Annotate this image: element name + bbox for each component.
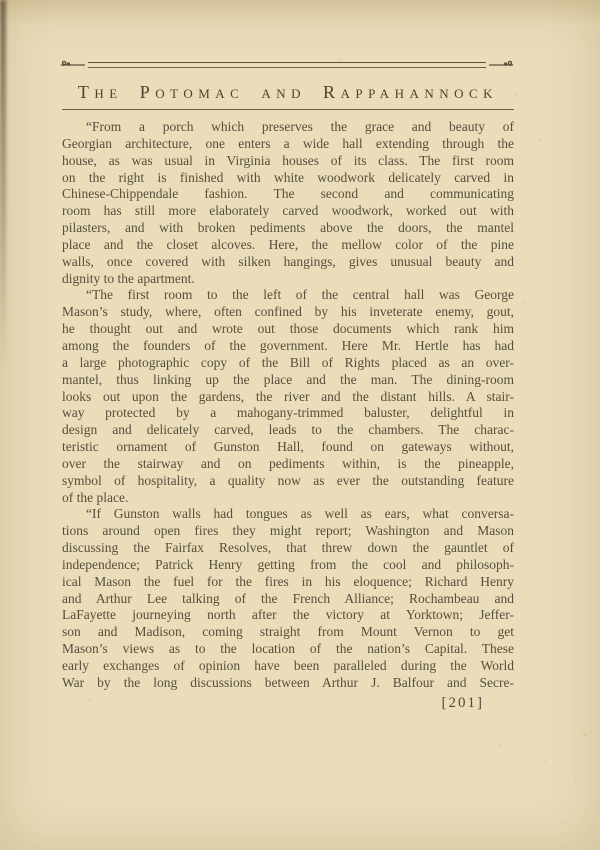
- paragraph: “If Gunston walls had tongues as well as…: [62, 506, 514, 691]
- text-line: of the place.: [62, 490, 514, 507]
- text-line: a large photographic copy of the Bill of…: [62, 355, 514, 372]
- book-page: The Potomac and Rappahannock “From a por…: [0, 0, 600, 850]
- page-title: The Potomac and Rappahannock: [62, 82, 514, 102]
- text-line: tions around open fires they might repor…: [62, 523, 514, 540]
- text-line: house, as was usual in Virginia houses o…: [62, 153, 514, 170]
- text-line: ical Mason the fuel for the fires in his…: [62, 574, 514, 591]
- text-line: War by the long discussions between Arth…: [62, 675, 514, 692]
- text-line: walls, once covered with silken hangings…: [62, 254, 514, 271]
- scroll-flourish-icon: [60, 59, 86, 71]
- ornamental-rule: [60, 58, 514, 72]
- paragraph: “The first room to the left of the centr…: [62, 287, 514, 506]
- text-line: LaFayette journeying north after the vic…: [62, 607, 514, 624]
- text-line: teristic ornament of Gunston Hall, found…: [62, 439, 514, 456]
- text-line: on the right is finished with white wood…: [62, 170, 514, 187]
- page-text: “From a porch which preserves the grace …: [62, 119, 514, 692]
- text-line: “If Gunston walls had tongues as well as…: [62, 506, 514, 523]
- text-line: Georgian architecture, one enters a wide…: [62, 136, 514, 153]
- text-line: place and the closet alcoves. Here, the …: [62, 237, 514, 254]
- text-line: “From a porch which preserves the grace …: [62, 119, 514, 136]
- text-line: among the founders of the government. He…: [62, 338, 514, 355]
- text-line: discussing the Fairfax Resolves, that th…: [62, 540, 514, 557]
- double-rule: [88, 62, 486, 68]
- text-line: symbol of hospitality, a quality now as …: [62, 473, 514, 490]
- text-line: over the stairway and on pediments withi…: [62, 456, 514, 473]
- text-line: independence; Patrick Henry getting from…: [62, 557, 514, 574]
- page-number: [201]: [62, 695, 514, 712]
- scroll-flourish-icon: [488, 59, 514, 71]
- text-line: “The first room to the left of the centr…: [62, 287, 514, 304]
- header-underline: [62, 109, 514, 110]
- text-line: pilasters, and with broken pediments abo…: [62, 220, 514, 237]
- text-line: Mason’s views as to the location of the …: [62, 641, 514, 658]
- text-line: mantel, thus linking up the place and th…: [62, 372, 514, 389]
- text-line: Chinese-Chippendale fashion. The second …: [62, 186, 514, 203]
- text-line: dignity to the apartment.: [62, 271, 514, 288]
- scan-gutter-shadow: [0, 0, 6, 430]
- text-line: he thought out and wrote out those docum…: [62, 321, 514, 338]
- paragraph: “From a porch which preserves the grace …: [62, 119, 514, 287]
- text-line: design and delicately carved, leads to t…: [62, 422, 514, 439]
- text-line: way protected by a mahogany-trimmed balu…: [62, 405, 514, 422]
- text-line: and Arthur Lee talking of the French All…: [62, 591, 514, 608]
- text-line: early exchanges of opinion have been par…: [62, 658, 514, 675]
- text-line: room has still more elaborately carved w…: [62, 203, 514, 220]
- text-line: Mason’s study, where, often confined by …: [62, 304, 514, 321]
- text-line: son and Madison, coming straight from Mo…: [62, 624, 514, 641]
- text-line: looks out upon the gardens, the river an…: [62, 389, 514, 406]
